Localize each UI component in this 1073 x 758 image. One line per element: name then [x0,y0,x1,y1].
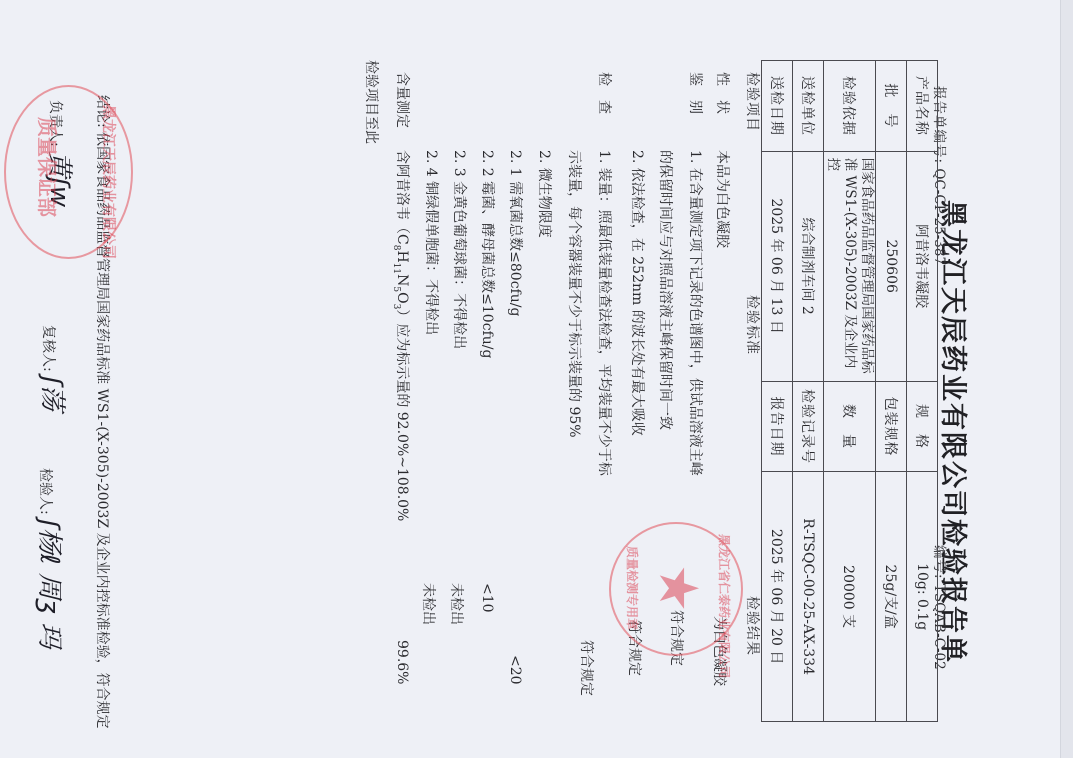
qc-stamp-company: 黑龙江省仁泰药业有限公司 [716,534,733,678]
inspection-result-header: 检验结果 [743,596,763,656]
standard-staph-aureus: 2. 3 金黄色葡萄球菌：不得检出 [451,150,467,349]
standard-pseudomonas: 2. 4 铜绿假单胞菌：不得检出 [423,150,439,335]
assay-text-prefix: 含阿昔洛韦（C [394,150,410,245]
batch-value: 250606 [876,151,907,381]
result-staph-aureus: 未检出 [447,583,467,625]
standard-appearance: 本品为白色凝胶 [714,150,730,248]
category-identification: 鉴 别 [687,72,703,114]
result-aerobic-count: <20 [507,655,523,685]
info-row: 产品名称 阿昔洛韦凝胶 规 格 10g: 0.1g [907,61,938,722]
qc-test-stamp: 黑龙江省仁泰药业有限公司 ★ 质量检测专用章 [609,522,743,656]
batch-label: 批 号 [876,61,907,152]
quantity-value: 20000 支 [824,472,876,722]
qa-stamp-dept: 质量保证部 [34,117,63,217]
standard-fill-volume-b: 示装量，每个容器装量不少于标示装量的 95% [566,150,582,438]
standard-mold-yeast: 2. 2 霉菌、酵母菌总数≤10cfu/g [479,150,495,358]
standard-identification-2: 2. 依法检查，在 252nm 的波长处有最大吸收 [629,150,645,436]
specification-value: 10g: 0.1g [907,472,938,722]
category-appearance: 性 状 [714,72,730,114]
assay-h: H [394,250,410,262]
result-mold-yeast: <10 [479,583,495,613]
reviewer-signature: ʃ荡 [37,376,67,411]
standard-microbial-limit: 2. 微生物限度 [536,150,552,238]
submission-date-value: 2025 年 06 月 13 日 [762,151,793,381]
record-number-value: R-TSQC-00-25-AX-334 [793,472,824,722]
star-icon: ★ [651,564,705,612]
assay-n: N [394,274,410,286]
basis-value: 国家食品药品监督管理局国家药品标准 WS1-(X-305)-2003Z 及企业内… [824,151,876,381]
package-label: 包装规格 [876,381,907,472]
end-of-items-note: 检验项目至此 [363,60,379,144]
reviewer-label: 复核人: [40,325,56,372]
product-name-value: 阿昔洛韦凝胶 [907,151,938,381]
result-assay: 99.6% [394,640,410,684]
standard-identification-1b: 的保留时间应与对照品溶液主峰保留时间一致 [657,150,673,430]
qa-stamp-company: 黑龙江天辰药业有限公司 [99,105,119,259]
result-pseudomonas: 未检出 [419,583,439,625]
scanned-page: 黑龙江天辰药业有限公司检验报告单 报告单编号: QC-CP-25-387 编号:… [0,0,1073,758]
submission-date-label: 送检日期 [762,61,793,152]
standard-assay: 含阿昔洛韦（C8H11N5O3）应为标示量的 92.0%~108.0% [388,150,410,521]
inspection-item-header: 检验项目 [743,72,763,132]
info-row: 送检日期 2025 年 06 月 13 日 报告日期 2025 年 06 月 2… [762,61,793,722]
inspection-report-document: 黑龙江天辰药业有限公司检验报告单 报告单编号: QC-CP-25-387 编号:… [0,0,1073,758]
inspector-label: 检验人: [37,468,53,515]
inspection-standard-header: 检验标准 [743,295,763,355]
quantity-label: 数 量 [824,381,876,472]
category-assay: 含量测定 [394,72,410,128]
info-row: 检验依据 国家食品药品监督管理局国家药品标准 WS1-(X-305)-2003Z… [824,61,876,722]
report-date-value: 2025 年 06 月 20 日 [762,472,793,722]
package-value: 25g/支/盒 [876,472,907,722]
info-row: 批 号 250606 包装规格 25g/支/盒 [876,61,907,722]
standard-aerobic-count: 2. 1 需氧菌总数≤80cfu/g [507,150,523,316]
standard-fill-volume-a: 1. 装量：照最低装量检查法检查，平均装量不少于标 [596,150,612,476]
qc-stamp-purpose: 质量检测专用章 [624,546,641,630]
assay-text-suffix: ）应为标示量的 92.0%~108.0% [394,309,410,521]
product-info-table: 产品名称 阿昔洛韦凝胶 规 格 10g: 0.1g 批 号 250606 包装规… [761,60,938,722]
category-check: 检 查 [596,72,612,114]
submitting-unit-label: 送检单位 [793,61,824,152]
inspector-signature: ʃ杨ℓ 周ʒ 玛 [34,519,64,648]
info-row: 送检单位 综合制剂车间 2 检验记录号 R-TSQC-00-25-AX-334 [793,61,824,722]
specification-label: 规 格 [907,381,938,472]
record-number-label: 检验记录号 [793,381,824,472]
submitting-unit-value: 综合制剂车间 2 [793,151,824,381]
basis-label: 检验依据 [824,61,876,152]
reviewer: 复核人: ʃ荡 [36,325,73,411]
result-fill-volume: 符合规定 [577,640,597,696]
report-date-label: 报告日期 [762,381,793,472]
product-name-label: 产品名称 [907,61,938,152]
inspector: 检验人: ʃ杨ℓ 周ʒ 玛 [33,468,70,648]
standard-identification-1a: 1. 在含量测定项下记录的色谱图中，供试品溶液主峰 [687,150,703,476]
assay-o: O [394,292,410,303]
qa-department-stamp: 黑龙江天辰药业有限公司 质量保证部 [4,85,133,259]
assay-sub-h: 11 [391,263,401,274]
